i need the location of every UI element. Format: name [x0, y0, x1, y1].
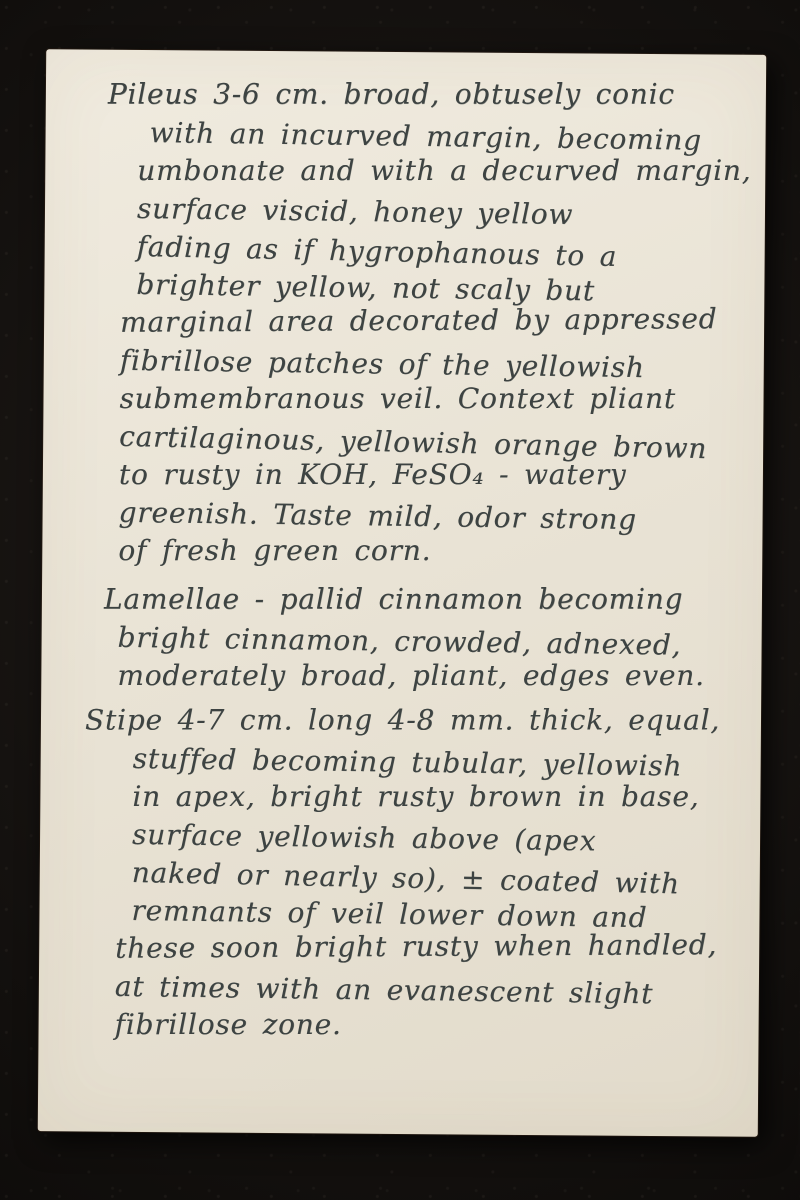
handwritten-line: Stipe 4-7 cm. long 4-8 mm. thick, equal,: [85, 702, 747, 740]
note-card: Pileus 3-6 cm. broad, obtusely conic wit…: [38, 49, 766, 1137]
handwritten-line: in apex, bright rusty brown in base,: [132, 778, 746, 816]
handwritten-text: Pileus 3-6 cm. broad, obtusely conic wit…: [68, 75, 752, 1048]
handwritten-line: submembranous veil. Context pliant: [120, 380, 750, 418]
paragraph-pileus: Pileus 3-6 cm. broad, obtusely conic wit…: [72, 75, 752, 574]
handwritten-line: fibrillose zone.: [115, 1006, 745, 1044]
paragraph-lamellae: Lamellae - pallid cinnamon becoming brig…: [71, 580, 748, 699]
handwritten-line: these soon bright rusty when handled,: [115, 926, 745, 968]
handwritten-line: moderately broad, pliant, edges even.: [117, 657, 747, 695]
handwritten-line: umbonate and with a decurved margin,: [137, 152, 751, 190]
handwritten-line: marginal area decorated by appressed: [120, 300, 750, 342]
handwritten-line: Lamellae - pallid cinnamon becoming: [104, 581, 748, 619]
handwritten-line: to rusty in KOH, FeSO₄ - watery: [119, 456, 749, 494]
handwritten-line: Pileus 3-6 cm. broad, obtusely conic: [108, 76, 752, 114]
paragraph-stipe: Stipe 4-7 cm. long 4-8 mm. thick, equal,…: [68, 701, 747, 1048]
handwritten-line: of fresh green corn.: [118, 532, 748, 570]
